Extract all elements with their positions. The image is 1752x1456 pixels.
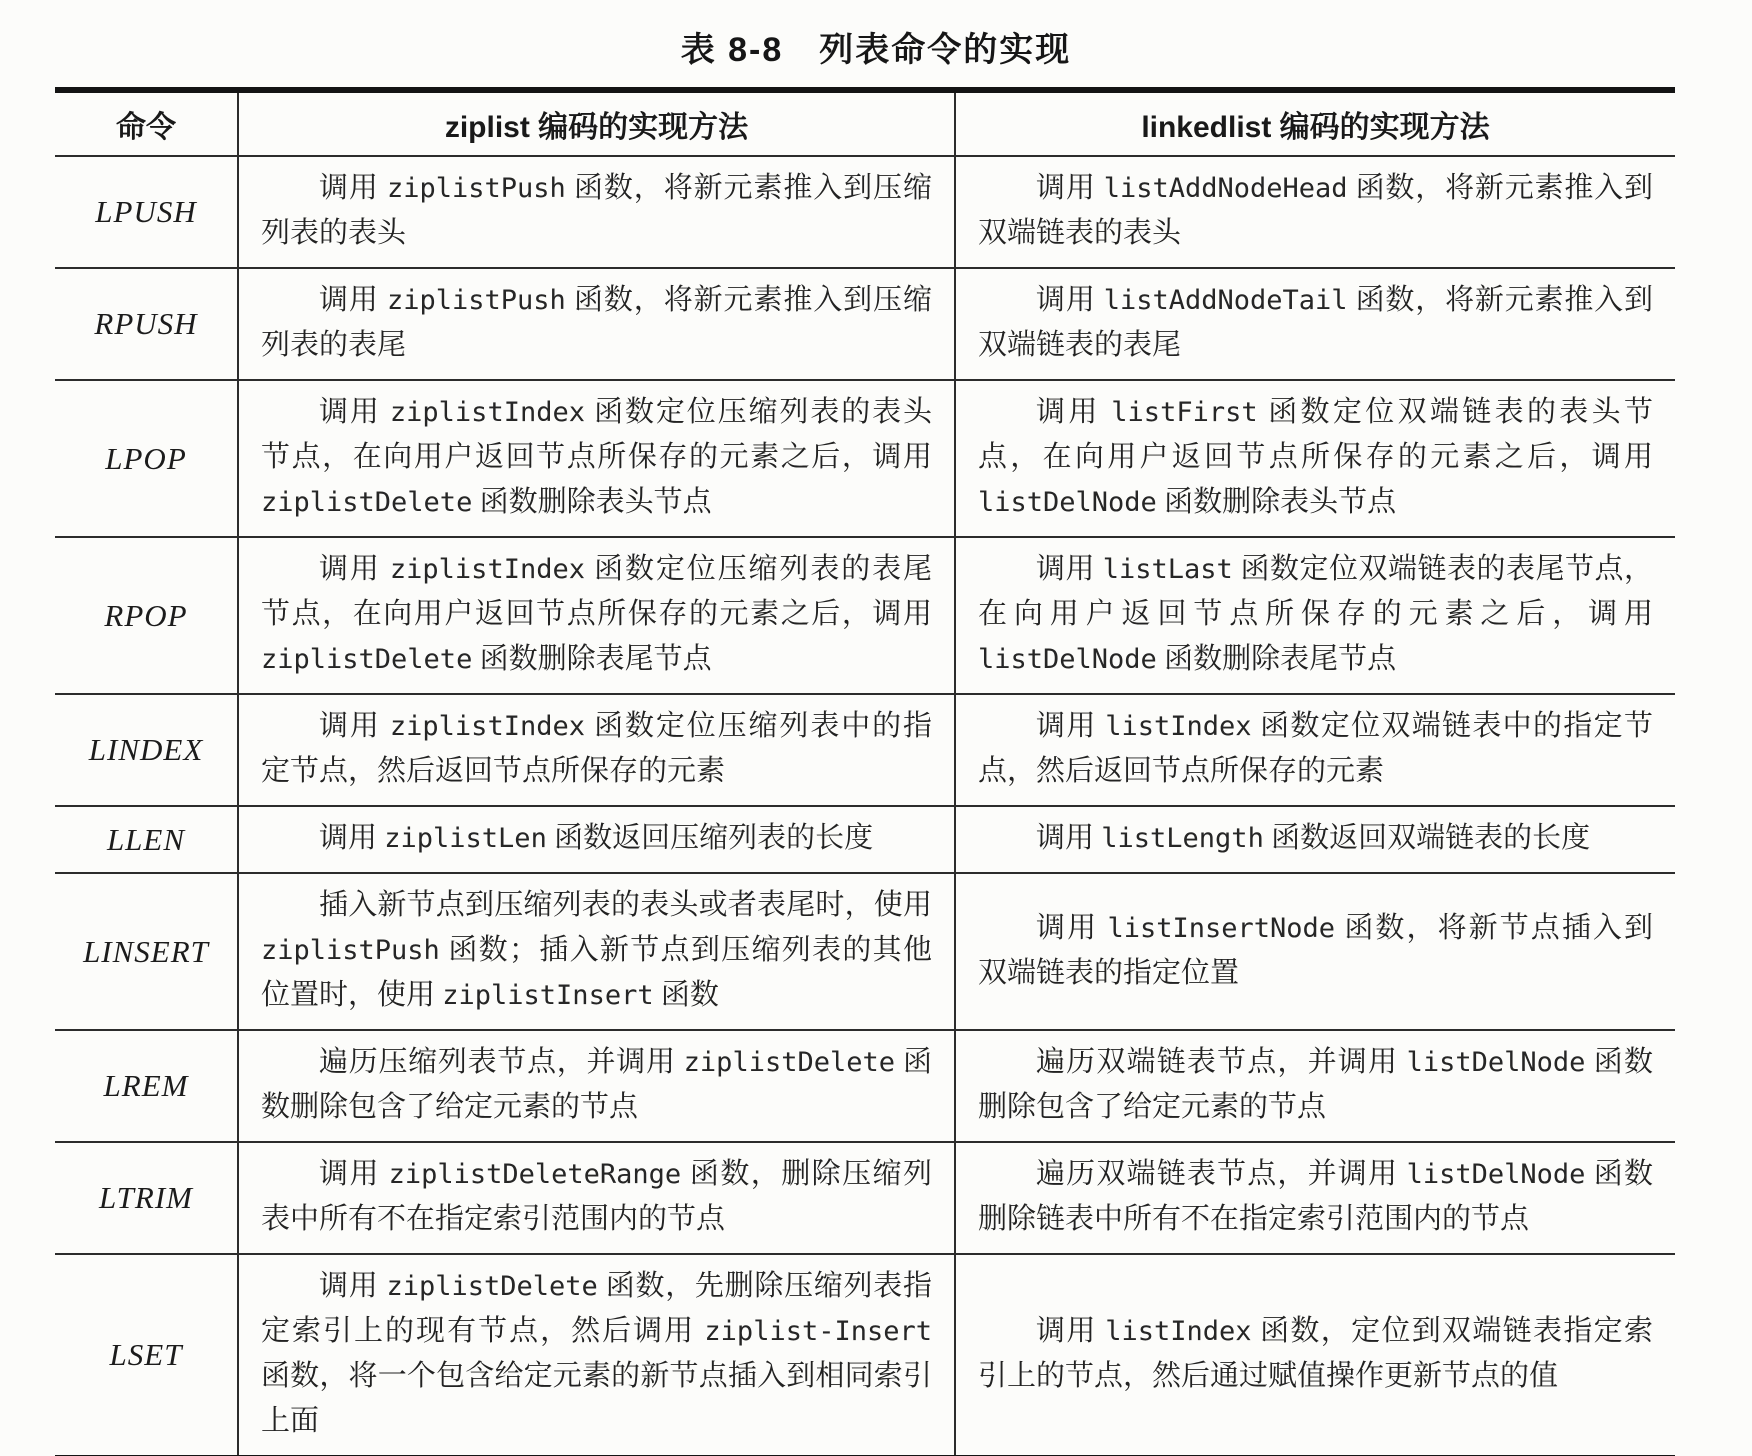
code-token: listDelNode	[978, 487, 1157, 518]
table-row: LTRIM调用 ziplistDeleteRange 函数，删除压缩列表中所有不…	[55, 1142, 1675, 1254]
linkedlist-cell-text: 调用 listIndex 函数定位双端链表中的指定节点，然后返回节点所保存的元素	[956, 695, 1675, 805]
linkedlist-cell: 调用 listInsertNode 函数，将新节点插入到双端链表的指定位置	[955, 873, 1675, 1030]
ziplist-cell: 调用 ziplistIndex 函数定位压缩列表的表头节点，在向用户返回节点所保…	[238, 380, 955, 537]
ziplist-cell-text: 遍历压缩列表节点，并调用 ziplistDelete 函数删除包含了给定元素的节…	[239, 1031, 954, 1141]
ziplist-cell-text: 插入新节点到压缩列表的表头或者表尾时，使用 ziplistPush 函数；插入新…	[239, 874, 954, 1029]
header-cell-linkedlist: linkedlist 编码的实现方法	[955, 90, 1675, 156]
table-row: LREM遍历压缩列表节点，并调用 ziplistDelete 函数删除包含了给定…	[55, 1030, 1675, 1142]
ziplist-cell: 遍历压缩列表节点，并调用 ziplistDelete 函数删除包含了给定元素的节…	[238, 1030, 955, 1142]
command-cell: LLEN	[55, 806, 238, 873]
code-token: ziplistIndex	[390, 711, 585, 742]
linkedlist-cell-text: 调用 listLast 函数定位双端链表的表尾节点，在向用户返回节点所保存的元素…	[956, 538, 1675, 693]
command-cell: RPUSH	[55, 268, 238, 380]
linkedlist-cell-text: 遍历双端链表节点，并调用 listDelNode 函数删除包含了给定元素的节点	[956, 1031, 1675, 1141]
code-token: ziplistPush	[261, 935, 440, 966]
ziplist-cell-text: 调用 ziplistIndex 函数定位压缩列表的表尾节点，在向用户返回节点所保…	[239, 538, 954, 693]
code-token: listAddNodeHead	[1104, 173, 1348, 204]
command-cell: LTRIM	[55, 1142, 238, 1254]
code-token: ziplistLen	[384, 823, 547, 854]
table-header-row: 命令 ziplist 编码的实现方法 linkedlist 编码的实现方法	[55, 90, 1675, 156]
code-token: ziplistIndex	[390, 554, 585, 585]
table-row: RPOP调用 ziplistIndex 函数定位压缩列表的表尾节点，在向用户返回…	[55, 537, 1675, 694]
code-token: ziplistPush	[387, 173, 566, 204]
command-cell: LPUSH	[55, 156, 238, 268]
ziplist-cell: 调用 ziplistIndex 函数定位压缩列表的表尾节点，在向用户返回节点所保…	[238, 537, 955, 694]
code-token: listLength	[1101, 823, 1264, 854]
table-row: RPUSH调用 ziplistPush 函数，将新元素推入到压缩列表的表尾调用 …	[55, 268, 1675, 380]
code-token: ziplistPush	[387, 285, 566, 316]
code-token: ziplistDeleteRange	[389, 1159, 682, 1190]
linkedlist-cell-text: 调用 listAddNodeHead 函数，将新元素推入到双端链表的表头	[956, 157, 1675, 267]
header-cell-command: 命令	[55, 90, 238, 156]
ziplist-cell-text: 调用 ziplistPush 函数，将新元素推入到压缩列表的表尾	[239, 269, 954, 379]
ziplist-cell: 调用 ziplistIndex 函数定位压缩列表中的指定节点，然后返回节点所保存…	[238, 694, 955, 806]
command-cell: LINSERT	[55, 873, 238, 1030]
table-row: LLEN调用 ziplistLen 函数返回压缩列表的长度调用 listLeng…	[55, 806, 1675, 873]
ziplist-cell: 调用 ziplistLen 函数返回压缩列表的长度	[238, 806, 955, 873]
linkedlist-cell-text: 遍历双端链表节点，并调用 listDelNode 函数删除链表中所有不在指定索引…	[956, 1143, 1675, 1253]
header-cell-ziplist: ziplist 编码的实现方法	[238, 90, 955, 156]
table-row: LPOP调用 ziplistIndex 函数定位压缩列表的表头节点，在向用户返回…	[55, 380, 1675, 537]
linkedlist-cell-text: 调用 listAddNodeTail 函数，将新元素推入到双端链表的表尾	[956, 269, 1675, 379]
code-token: listLast	[1103, 554, 1233, 585]
code-token: ziplistInsert	[442, 980, 653, 1011]
command-cell: LPOP	[55, 380, 238, 537]
code-token: ziplistDelete	[386, 1271, 597, 1302]
linkedlist-cell-text: 调用 listFirst 函数定位双端链表的表头节点，在向用户返回节点所保存的元…	[956, 381, 1675, 536]
code-token: listDelNode	[978, 644, 1157, 675]
table-row: LSET调用 ziplistDelete 函数，先删除压缩列表指定索引上的现有节…	[55, 1254, 1675, 1456]
ziplist-cell-text: 调用 ziplistLen 函数返回压缩列表的长度	[239, 807, 954, 872]
linkedlist-cell-text: 调用 listIndex 函数，定位到双端链表指定索引上的节点，然后通过赋值操作…	[956, 1300, 1675, 1410]
linkedlist-cell: 调用 listIndex 函数定位双端链表中的指定节点，然后返回节点所保存的元素	[955, 694, 1675, 806]
code-token: listAddNodeTail	[1104, 285, 1348, 316]
linkedlist-cell-text: 调用 listLength 函数返回双端链表的长度	[956, 807, 1675, 872]
ziplist-cell-text: 调用 ziplistPush 函数，将新元素推入到压缩列表的表头	[239, 157, 954, 267]
code-token: ziplistDelete	[261, 487, 472, 518]
ziplist-cell: 调用 ziplistDeleteRange 函数，删除压缩列表中所有不在指定索引…	[238, 1142, 955, 1254]
ziplist-cell-text: 调用 ziplistDelete 函数，先删除压缩列表指定索引上的现有节点，然后…	[239, 1255, 954, 1455]
linkedlist-cell: 遍历双端链表节点，并调用 listDelNode 函数删除包含了给定元素的节点	[955, 1030, 1675, 1142]
linkedlist-cell-text: 调用 listInsertNode 函数，将新节点插入到双端链表的指定位置	[956, 897, 1675, 1007]
command-cell: RPOP	[55, 537, 238, 694]
command-cell: LSET	[55, 1254, 238, 1456]
code-token: ziplist-Insert	[704, 1316, 932, 1347]
code-token: ziplistDelete	[684, 1047, 895, 1078]
book-page: 表 8-8 列表命令的实现 命令 ziplist 编码的实现方法 linkedl…	[0, 0, 1752, 1456]
command-cell: LINDEX	[55, 694, 238, 806]
ziplist-cell-text: 调用 ziplistDeleteRange 函数，删除压缩列表中所有不在指定索引…	[239, 1143, 954, 1253]
ziplist-cell: 调用 ziplistPush 函数，将新元素推入到压缩列表的表头	[238, 156, 955, 268]
page-title: 表 8-8 列表命令的实现	[0, 22, 1752, 71]
ziplist-cell: 调用 ziplistPush 函数，将新元素推入到压缩列表的表尾	[238, 268, 955, 380]
linkedlist-cell: 调用 listLength 函数返回双端链表的长度	[955, 806, 1675, 873]
table-row: LPUSH调用 ziplistPush 函数，将新元素推入到压缩列表的表头调用 …	[55, 156, 1675, 268]
code-token: listIndex	[1105, 1316, 1251, 1347]
ziplist-cell: 插入新节点到压缩列表的表头或者表尾时，使用 ziplistPush 函数；插入新…	[238, 873, 955, 1030]
code-token: ziplistIndex	[390, 397, 585, 428]
linkedlist-cell: 调用 listLast 函数定位双端链表的表尾节点，在向用户返回节点所保存的元素…	[955, 537, 1675, 694]
linkedlist-cell: 调用 listAddNodeHead 函数，将新元素推入到双端链表的表头	[955, 156, 1675, 268]
table-row: LINDEX调用 ziplistIndex 函数定位压缩列表中的指定节点，然后返…	[55, 694, 1675, 806]
linkedlist-cell: 调用 listIndex 函数，定位到双端链表指定索引上的节点，然后通过赋值操作…	[955, 1254, 1675, 1456]
code-token: listDelNode	[1407, 1047, 1586, 1078]
code-token: listDelNode	[1407, 1159, 1586, 1190]
command-cell: LREM	[55, 1030, 238, 1142]
table-row: LINSERT插入新节点到压缩列表的表头或者表尾时，使用 ziplistPush…	[55, 873, 1675, 1030]
ziplist-cell: 调用 ziplistDelete 函数，先删除压缩列表指定索引上的现有节点，然后…	[238, 1254, 955, 1456]
code-token: ziplistDelete	[261, 644, 472, 675]
ziplist-cell-text: 调用 ziplistIndex 函数定位压缩列表的表头节点，在向用户返回节点所保…	[239, 381, 954, 536]
commands-table: 命令 ziplist 编码的实现方法 linkedlist 编码的实现方法 LP…	[55, 87, 1675, 1456]
code-token: listFirst	[1111, 397, 1257, 428]
ziplist-cell-text: 调用 ziplistIndex 函数定位压缩列表中的指定节点，然后返回节点所保存…	[239, 695, 954, 805]
code-token: listInsertNode	[1107, 913, 1335, 944]
table-body: LPUSH调用 ziplistPush 函数，将新元素推入到压缩列表的表头调用 …	[55, 156, 1675, 1456]
linkedlist-cell: 调用 listFirst 函数定位双端链表的表头节点，在向用户返回节点所保存的元…	[955, 380, 1675, 537]
code-token: listIndex	[1105, 711, 1251, 742]
linkedlist-cell: 遍历双端链表节点，并调用 listDelNode 函数删除链表中所有不在指定索引…	[955, 1142, 1675, 1254]
linkedlist-cell: 调用 listAddNodeTail 函数，将新元素推入到双端链表的表尾	[955, 268, 1675, 380]
